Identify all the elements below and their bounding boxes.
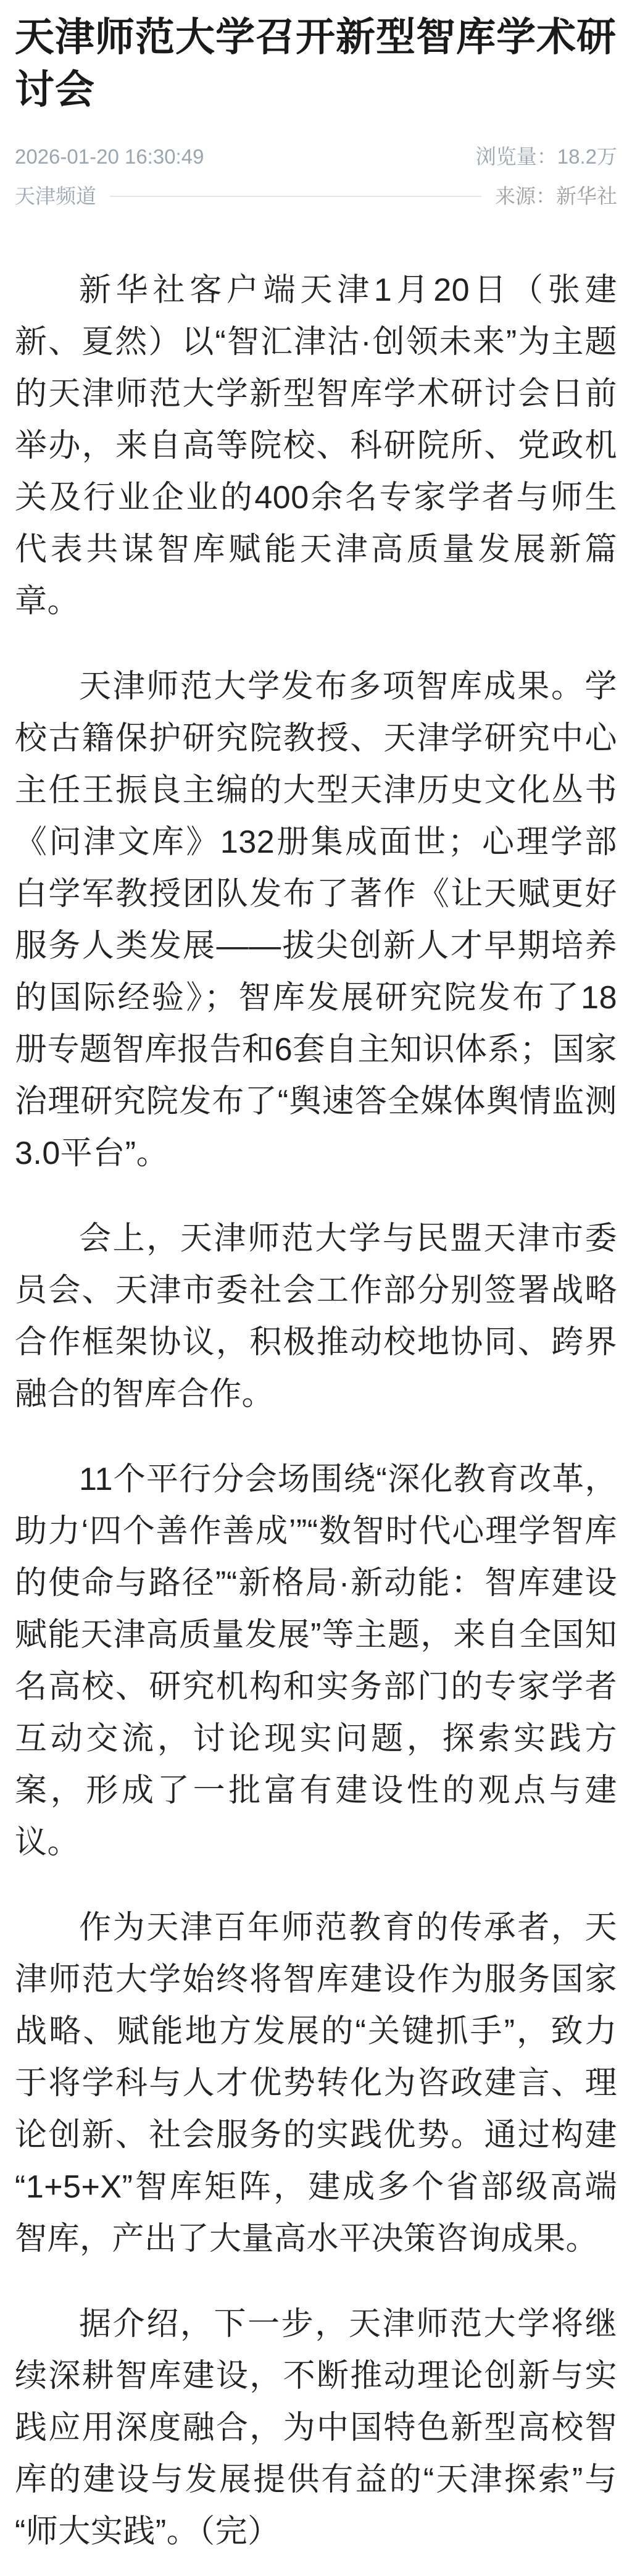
view-count: 浏览量：18.2万 xyxy=(476,144,617,169)
article-page: 天津师范大学召开新型智库学术研讨会 2026-01-20 16:30:49 浏览… xyxy=(0,0,632,2576)
article-paragraph: 天津师范大学发布多项智库成果。学校古籍保护研究院教授、天津学研究中心主任王振良主… xyxy=(15,661,617,1179)
publish-time: 2026-01-20 16:30:49 xyxy=(15,144,204,169)
page-title: 天津师范大学召开新型智库学术研讨会 xyxy=(15,11,617,116)
divider-line xyxy=(110,196,481,197)
article-paragraph: 新华社客户端天津1月20日（张建新、夏然）以“智汇津沽·创领未来”为主题的天津师… xyxy=(15,264,617,627)
meta-row-source: 天津频道 来源：新华社 xyxy=(15,184,617,209)
meta-row-time: 2026-01-20 16:30:49 浏览量：18.2万 xyxy=(15,144,617,169)
article-paragraph: 作为天津百年师范教育的传承者，天津师范大学始终将智库建设作为服务国家战略、赋能地… xyxy=(15,1902,617,2265)
channel-label: 天津频道 xyxy=(15,184,96,209)
article-paragraph: 会上，天津师范大学与民盟天津市委员会、天津市委社会工作部分别签署战略合作框架协议… xyxy=(15,1213,617,1420)
article-paragraph: 11个平行分会场围绕“深化教育改革，助力‘四个善作善成’”“数智时代心理学智库的… xyxy=(15,1453,617,1868)
article-body: 新华社客户端天津1月20日（张建新、夏然）以“智汇津沽·创领未来”为主题的天津师… xyxy=(15,264,617,2557)
article-paragraph: 据介绍，下一步，天津师范大学将继续深耕智库建设，不断推动理论创新与实践应用深度融… xyxy=(15,2298,617,2557)
source-label: 来源：新华社 xyxy=(495,184,617,209)
